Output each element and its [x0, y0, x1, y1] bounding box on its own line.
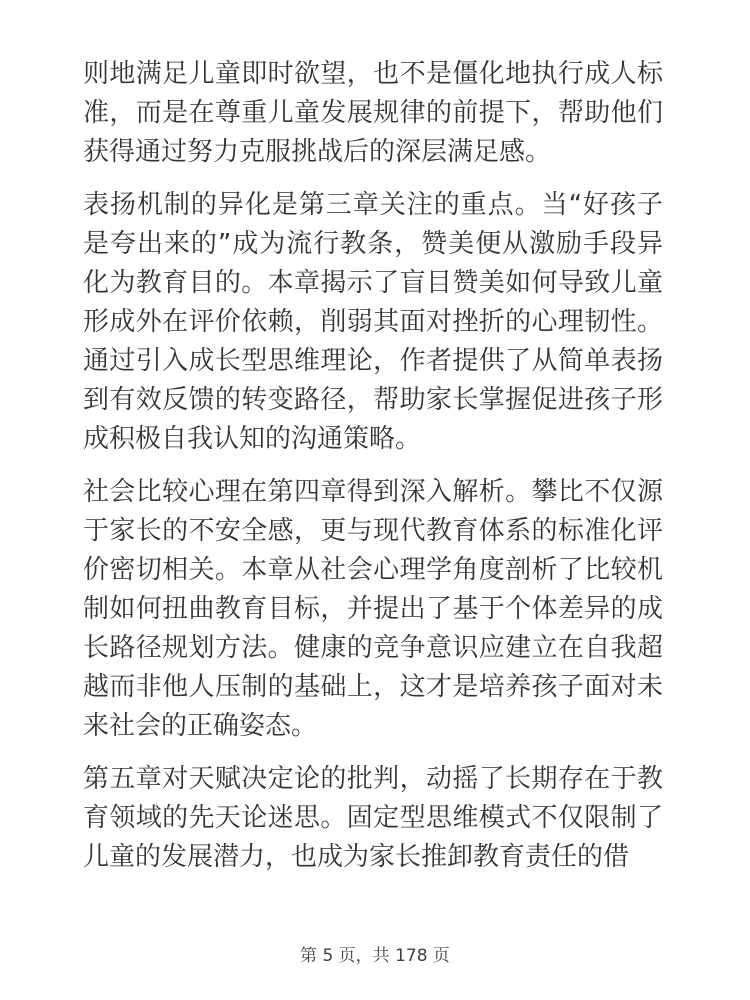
paragraph-talent-determinism-chapter5: 第五章对天赋决定论的批判，动摇了长期存在于教育领域的先天论迷思。固定型思维模式不… — [83, 760, 663, 877]
page-content: 则地满足儿童即时欲望，也不是僵化地执行成人标准，而是在尊重儿童发展规律的前提下，… — [83, 55, 663, 877]
paragraph-satisfaction-principle: 则地满足儿童即时欲望，也不是僵化地执行成人标准，而是在尊重儿童发展规律的前提下，… — [83, 55, 663, 172]
document-page: 则地满足儿童即时欲望，也不是僵化地执行成人标准，而是在尊重儿童发展规律的前提下，… — [0, 0, 750, 1000]
page-number-indicator: 第 5 页，共 178 页 — [300, 946, 450, 966]
paragraph-social-comparison-chapter4: 社会比较心理在第四章得到深入解析。攀比不仅源于家长的不安全感，更与现代教育体系的… — [83, 473, 663, 746]
paragraph-praise-mechanism-chapter3: 表扬机制的异化是第三章关注的重点。当“好孩子是夸出来的”成为流行教条，赞美便从激… — [83, 186, 663, 459]
page-footer: 第 5 页，共 178 页 — [0, 944, 750, 969]
